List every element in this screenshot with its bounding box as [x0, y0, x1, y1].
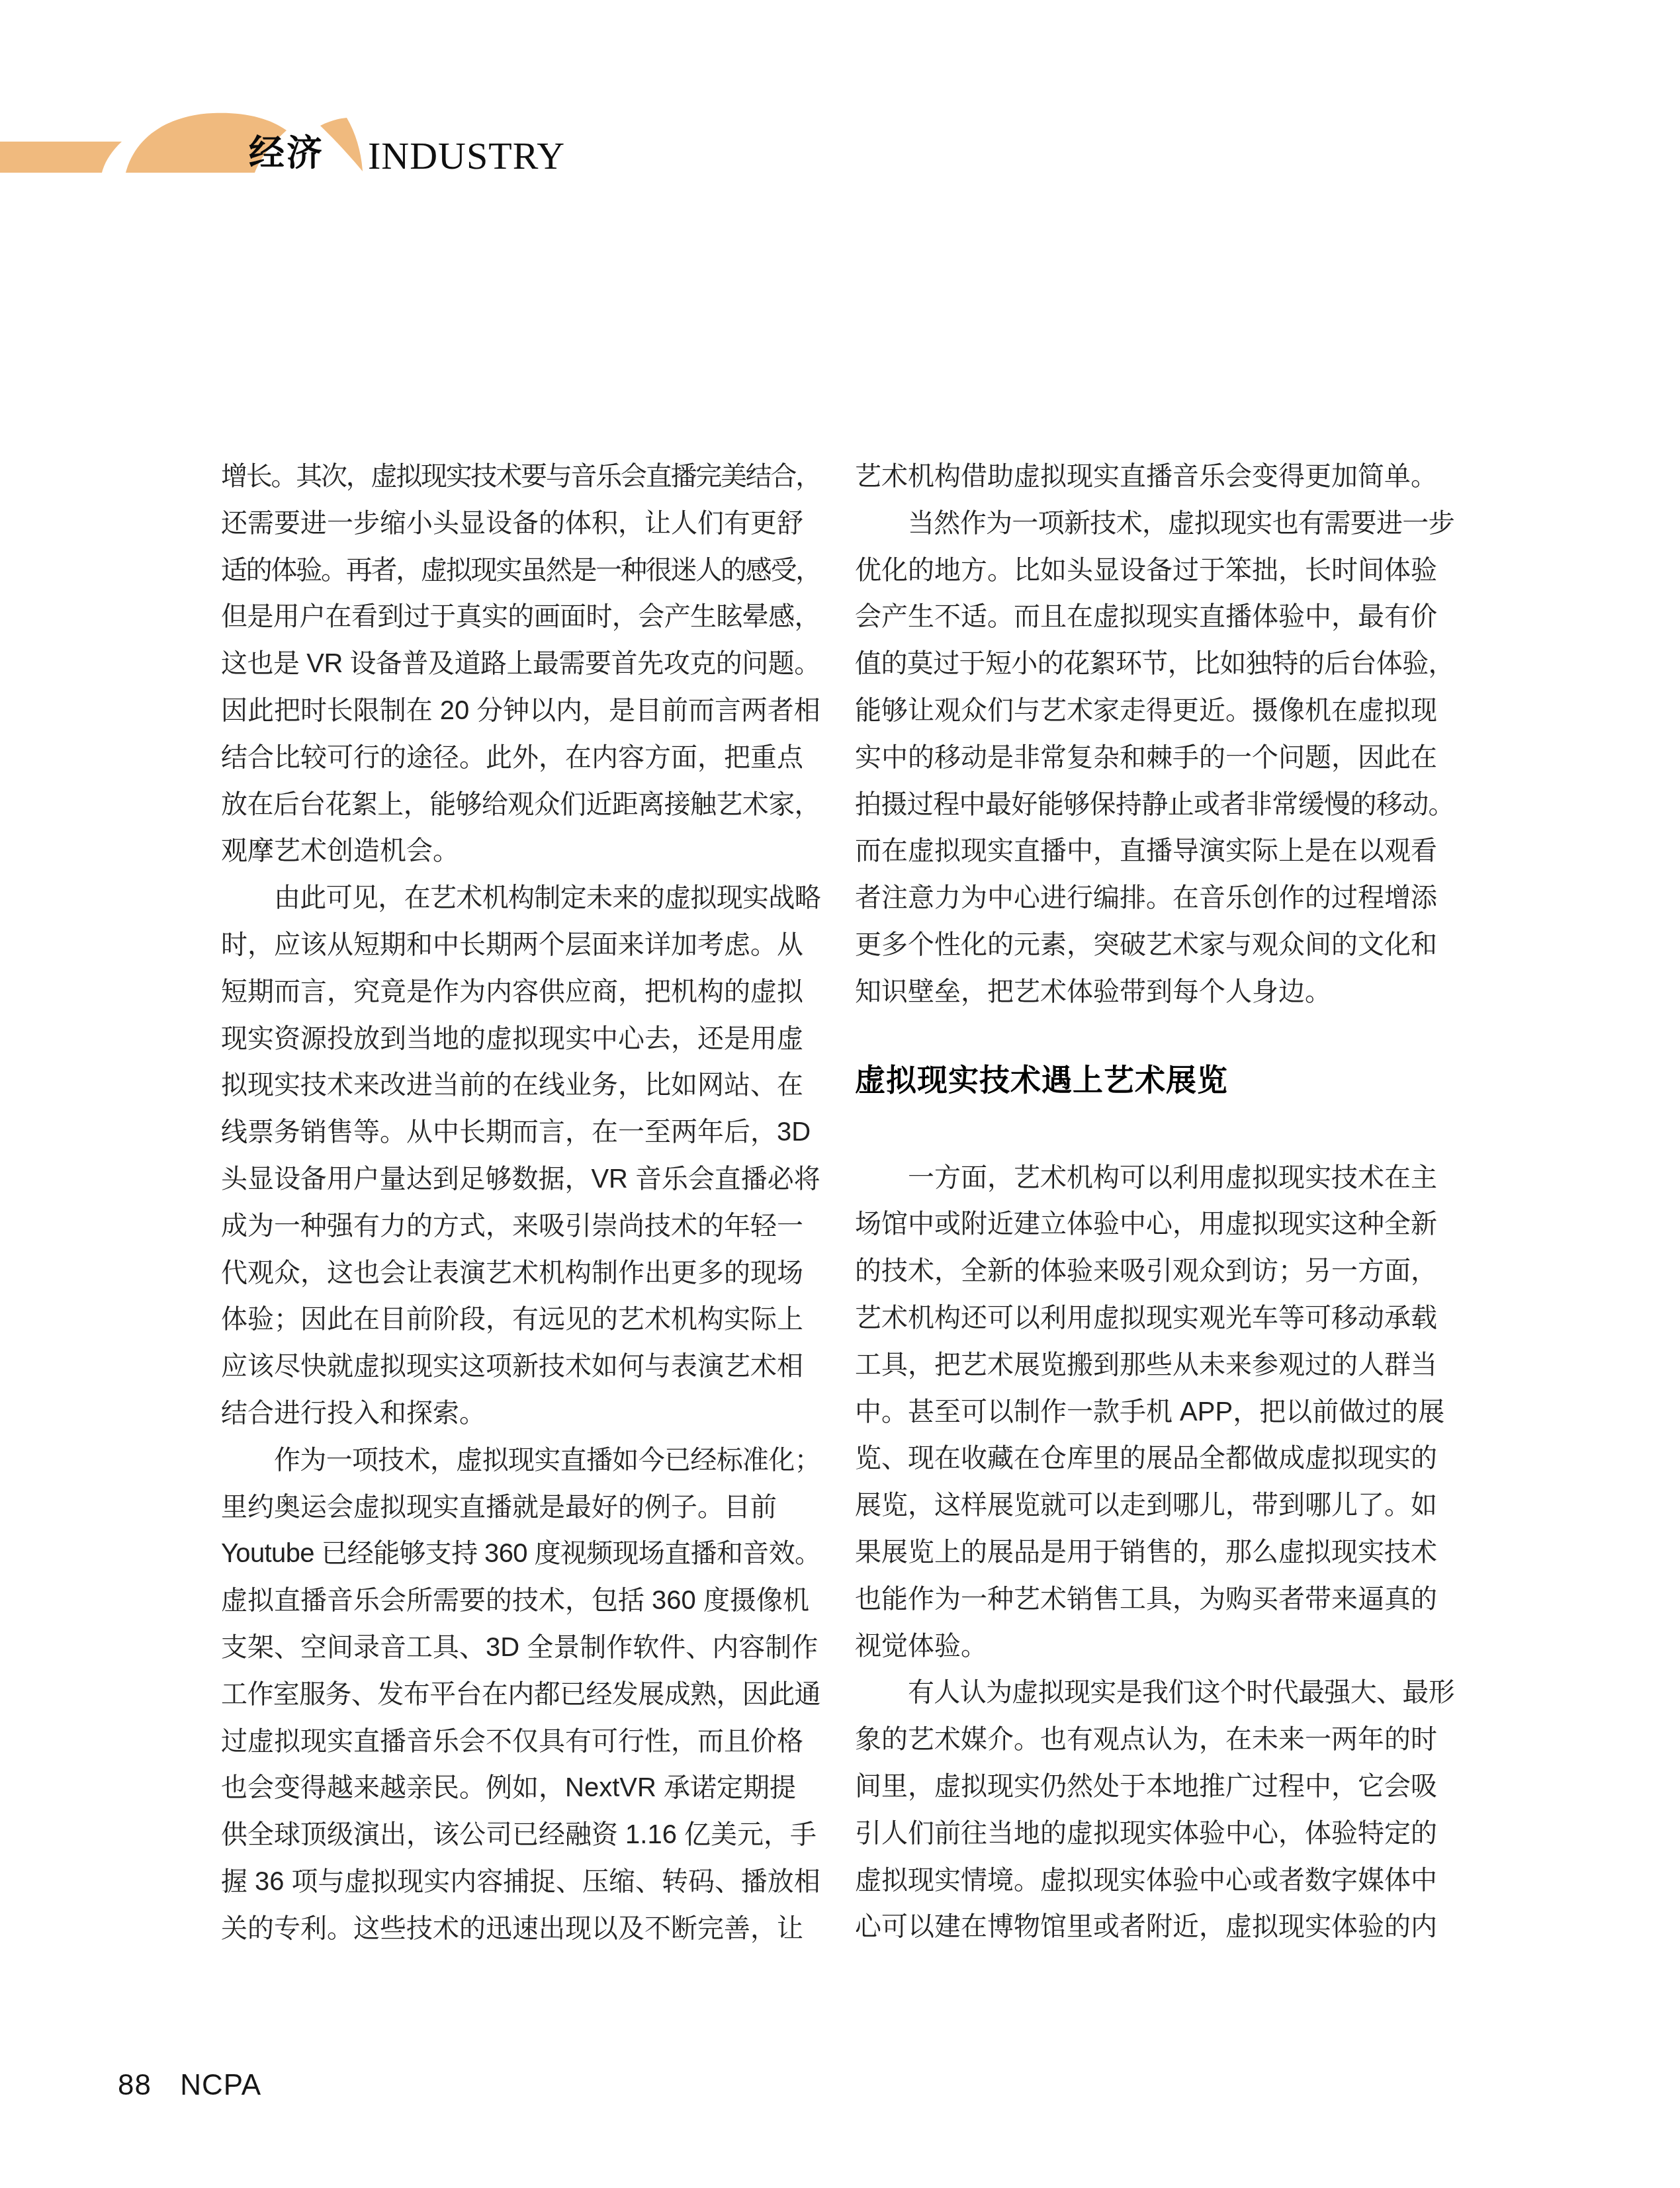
- journal-brand: NCPA: [180, 2070, 261, 2101]
- text-line: 当然作为一项新技术，虚拟现实也有需要进一步: [855, 500, 1454, 547]
- text-line: 虚拟现实情境。虚拟现实体验中心或者数字媒体中: [855, 1857, 1454, 1904]
- text-line: 也能作为一种艺术销售工具，为购买者带来逼真的: [855, 1576, 1454, 1623]
- text-line: 放在后台花絮上，能够给观众们近距离接触艺术家，: [221, 781, 820, 828]
- text-line: 作为一项技术，虚拟现实直播如今已经标准化；: [221, 1437, 820, 1484]
- text-line: 展览，这样展览就可以走到哪儿，带到哪儿了。如: [855, 1482, 1454, 1529]
- text-line: 中。甚至可以制作一款手机 APP，把以前做过的展: [855, 1389, 1454, 1436]
- text-line: 支架、空间录音工具、3D 全景制作软件、内容制作: [221, 1624, 820, 1671]
- text-line: 的技术，全新的体验来吸引观众到访；另一方面，: [855, 1248, 1454, 1295]
- text-line: 现实资源投放到当地的虚拟现实中心去，还是用虚: [221, 1016, 820, 1063]
- text-line: 时，应该从短期和中长期两个层面来详加考虑。从: [221, 922, 820, 969]
- text-line: 实中的移动是非常复杂和棘手的一个问题，因此在: [855, 734, 1454, 781]
- text-line: 艺术机构还可以利用虚拟现实观光车等可移动承载: [855, 1295, 1454, 1342]
- text-line: 心可以建在博物馆里或者附近，虚拟现实体验的内: [855, 1904, 1454, 1950]
- header-leaf-shape: [320, 118, 363, 171]
- text-line: 拍摄过程中最好能够保持静止或者非常缓慢的移动。: [855, 781, 1454, 828]
- text-line: 虚拟直播音乐会所需要的技术，包括 360 度摄像机: [221, 1577, 820, 1624]
- text-line: Youtube 已经能够支持 360 度视频现场直播和音效。: [221, 1530, 820, 1577]
- text-line: 果展览上的展品是用于销售的，那么虚拟现实技术: [855, 1529, 1454, 1576]
- text-line: 由此可见，在艺术机构制定未来的虚拟现实战略: [221, 875, 820, 922]
- text-line: 场馆中或附近建立体验中心，用虚拟现实这种全新: [855, 1201, 1454, 1248]
- text-line: 象的艺术媒介。也有观点认为，在未来一两年的时: [855, 1716, 1454, 1763]
- section-tag-chinese: 经济: [249, 136, 324, 171]
- text-line: 优化的地方。比如头显设备过于笨拙，长时间体验: [855, 547, 1454, 594]
- text-line: 过虚拟现实直播音乐会不仅具有可行性，而且价格: [221, 1718, 820, 1765]
- text-line: 关的专利。这些技术的迅速出现以及不断完善，让: [221, 1905, 820, 1952]
- page-footer: 88 NCPA: [118, 2070, 261, 2101]
- text-line: 线票务销售等。从中长期而言，在一至两年后，3D: [221, 1109, 820, 1156]
- text-line: 但是用户在看到过于真实的画面时，会产生眩晕感，: [221, 593, 820, 640]
- text-line: 体验；因此在目前阶段，有远见的艺术机构实际上: [221, 1296, 820, 1343]
- text-line: 艺术机构借助虚拟现实直播音乐会变得更加简单。: [855, 453, 1454, 500]
- text-line: 供全球顶级演出，该公司已经融资 1.16 亿美元，手: [221, 1812, 820, 1859]
- text-line: 应该尽快就虚拟现实这项新技术如何与表演艺术相: [221, 1343, 820, 1390]
- text-line: 引人们前往当地的虚拟现实体验中心，体验特定的: [855, 1810, 1454, 1857]
- text-line: 成为一种强有力的方式，来吸引崇尚技术的年轻一: [221, 1203, 820, 1250]
- text-line: 因此把时长限制在 20 分钟以内，是目前而言两者相: [221, 687, 820, 734]
- article-column-right: 艺术机构借助虚拟现实直播音乐会变得更加简单。当然作为一项新技术，虚拟现实也有需要…: [855, 453, 1454, 1950]
- text-line: 这也是 VR 设备普及道路上最需要首先攻克的问题。: [221, 640, 820, 687]
- text-line: 结合比较可行的途径。此外，在内容方面，把重点: [221, 734, 820, 781]
- text-line: 视觉体验。: [855, 1623, 1454, 1670]
- text-line: 拟现实技术来改进当前的在线业务，比如网站、在: [221, 1062, 820, 1109]
- text-line: 工作室服务、发布平台在内都已经发展成熟，因此通: [221, 1671, 820, 1718]
- text-line: 观摩艺术创造机会。: [221, 828, 820, 875]
- text-line: 知识壁垒，把艺术体验带到每个人身边。: [855, 969, 1454, 1016]
- text-line: 还需要进一步缩小头显设备的体积，让人们有更舒: [221, 500, 820, 547]
- text-line: 有人认为虚拟现实是我们这个时代最强大、最形: [855, 1669, 1454, 1716]
- page-number: 88: [118, 2070, 152, 2101]
- text-line: 里约奥运会虚拟现实直播就是最好的例子。目前: [221, 1484, 820, 1531]
- section-tag-english: INDUSTRY: [368, 137, 565, 175]
- text-line: 握 36 项与虚拟现实内容捕捉、压缩、转码、播放相: [221, 1859, 820, 1905]
- text-line: 代观众，这也会让表演艺术机构制作出更多的现场: [221, 1250, 820, 1297]
- text-line: 览、现在收藏在仓库里的展品全都做成虚拟现实的: [855, 1435, 1454, 1482]
- text-line: 会产生不适。而且在虚拟现实直播体验中，最有价: [855, 593, 1454, 640]
- text-line: 而在虚拟现实直播中，直播导演实际上是在以观看: [855, 828, 1454, 875]
- text-line: 值的莫过于短小的花絮环节，比如独特的后台体验，: [855, 640, 1454, 687]
- text-line: 更多个性化的元素，突破艺术家与观众间的文化和: [855, 922, 1454, 969]
- text-line: 结合进行投入和探索。: [221, 1390, 820, 1437]
- magazine-page: 经济 INDUSTRY 增长。其次，虚拟现实技术要与音乐会直播完美结合，还需要进…: [0, 0, 1680, 2188]
- text-line: 头显设备用户量达到足够数据，VR 音乐会直播必将: [221, 1156, 820, 1203]
- text-line: 间里，虚拟现实仍然处于本地推广过程中，它会吸: [855, 1763, 1454, 1810]
- text-line: 增长。其次，虚拟现实技术要与音乐会直播完美结合，: [221, 453, 820, 500]
- text-line: 也会变得越来越亲民。例如，NextVR 承诺定期提: [221, 1765, 820, 1812]
- header-bar-shape: [0, 142, 122, 173]
- text-line: 者注意力为中心进行编排。在音乐创作的过程增添: [855, 875, 1454, 922]
- text-line: 适的体验。再者，虚拟现实虽然是一种很迷人的感受，: [221, 547, 820, 594]
- text-line: 短期而言，究竟是作为内容供应商，把机构的虚拟: [221, 969, 820, 1016]
- text-line: 工具，把艺术展览搬到那些从未来参观过的人群当: [855, 1342, 1454, 1389]
- section-heading: 虚拟现实技术遇上艺术展览: [855, 1059, 1454, 1100]
- article-column-left: 增长。其次，虚拟现实技术要与音乐会直播完美结合，还需要进一步缩小头显设备的体积，…: [221, 453, 820, 1952]
- text-line: 能够让观众们与艺术家走得更近。摄像机在虚拟现: [855, 687, 1454, 734]
- text-line: 一方面，艺术机构可以利用虚拟现实技术在主: [855, 1155, 1454, 1202]
